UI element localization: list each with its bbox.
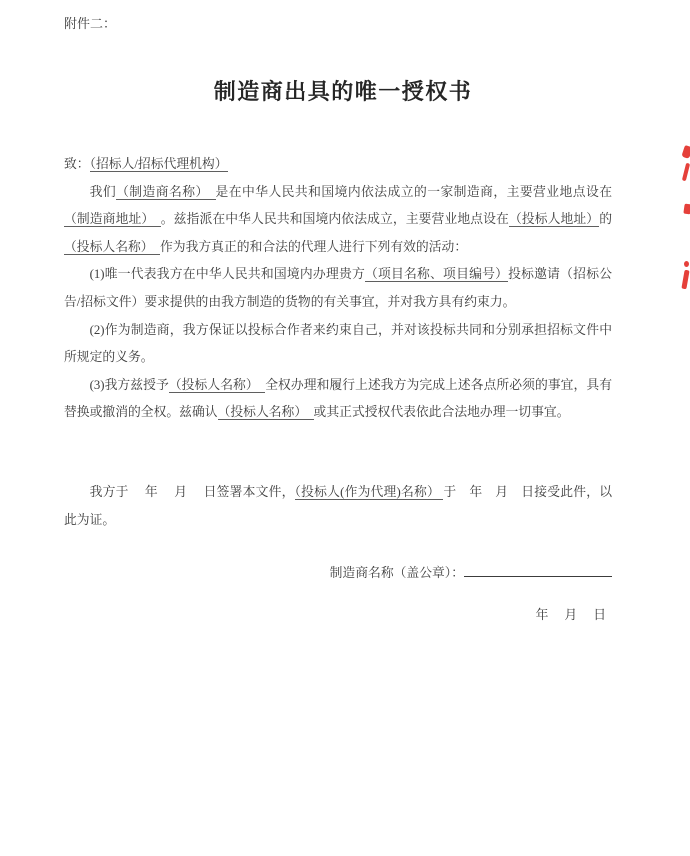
bidder-address-placeholder: （投标人地址） <box>509 212 599 227</box>
red-stamp-fragment-4 <box>684 261 689 267</box>
red-stamp-fragment-1 <box>681 145 690 159</box>
bidder-name-placeholder-3: （投标人名称） <box>218 405 314 420</box>
recipient-prefix: 致： <box>64 157 90 171</box>
manufacturer-address-placeholder: （制造商地址） <box>64 212 161 227</box>
clause3-text-3: 或其正式授权代表依此合法地办理一切事宜。 <box>314 405 570 419</box>
intro-text-3: 。兹指派在中华人民共和国境内依法成立，主要营业地点设在 <box>161 212 509 226</box>
clause2-text: (2)作为制造商，我方保证以投标合作者来约束自己，并对该投标共同和分别承担招标文… <box>64 323 612 365</box>
document-body: 致：（招标人/招标代理机构） 我们（制造商名称） 是在中华人民共和国境内依法成立… <box>64 151 612 629</box>
clause3-text-1: (3)我方兹授予 <box>90 378 169 392</box>
red-stamp-fragment-3 <box>683 204 690 215</box>
document-page: 附件二： 制造商出具的唯一授权书 致：（招标人/招标代理机构） 我们（制造商名称… <box>0 0 690 856</box>
paragraph-intro: 我们（制造商名称） 是在中华人民共和国境内依法成立的一家制造商，主要营业地点设在… <box>64 179 612 262</box>
seal-line: 制造商名称（盖公章）： <box>64 560 612 588</box>
project-name-number-placeholder: （项目名称、项目编号） <box>365 267 508 282</box>
bidder-name-placeholder: （投标人名称） <box>64 240 160 255</box>
signature-blank-line <box>464 563 612 577</box>
clause1-text-1: (1)唯一代表我方在中华人民共和国境内办理贵方 <box>90 267 365 281</box>
bidder-name-placeholder-2: （投标人名称） <box>169 378 265 393</box>
attachment-label: 附件二： <box>0 0 690 33</box>
manufacturer-name-placeholder: （制造商名称） <box>116 185 215 200</box>
date-line: 年 月 日 <box>64 602 612 630</box>
closing-paragraph: 我方于 年 月 日签署本文件，（投标人(作为代理)名称） 于 年 月 日接受此件… <box>64 479 612 534</box>
red-stamp-fragment-5 <box>681 270 689 290</box>
red-stamp-fragment-2 <box>682 163 690 181</box>
document-title: 制造商出具的唯一授权书 <box>64 77 622 107</box>
intro-text-2: 是在中华人民共和国境内依法成立的一家制造商，主要营业地点设在 <box>216 185 613 199</box>
recipient-placeholder: （招标人/招标代理机构） <box>90 157 228 172</box>
intro-text-1: 我们 <box>90 185 116 199</box>
clause-3: (3)我方兹授予（投标人名称） 全权办理和履行上述我方为完成上述各点所必须的事宜… <box>64 372 612 427</box>
agent-name-placeholder: （投标人(作为代理)名称） <box>295 485 444 500</box>
clause-1: (1)唯一代表我方在中华人民共和国境内办理贵方（项目名称、项目编号）投标邀请（招… <box>64 261 612 316</box>
recipient-line: 致：（招标人/招标代理机构） <box>64 151 612 179</box>
clause-2: (2)作为制造商，我方保证以投标合作者来约束自己，并对该投标共同和分别承担招标文… <box>64 317 612 372</box>
closing-text-1: 我方于 年 月 日签署本文件， <box>90 485 295 499</box>
intro-text-5: 作为我方真正的和合法的代理人进行下列有效的活动： <box>160 240 467 254</box>
intro-text-4: 的 <box>599 212 612 226</box>
seal-label: 制造商名称（盖公章）： <box>330 566 464 580</box>
